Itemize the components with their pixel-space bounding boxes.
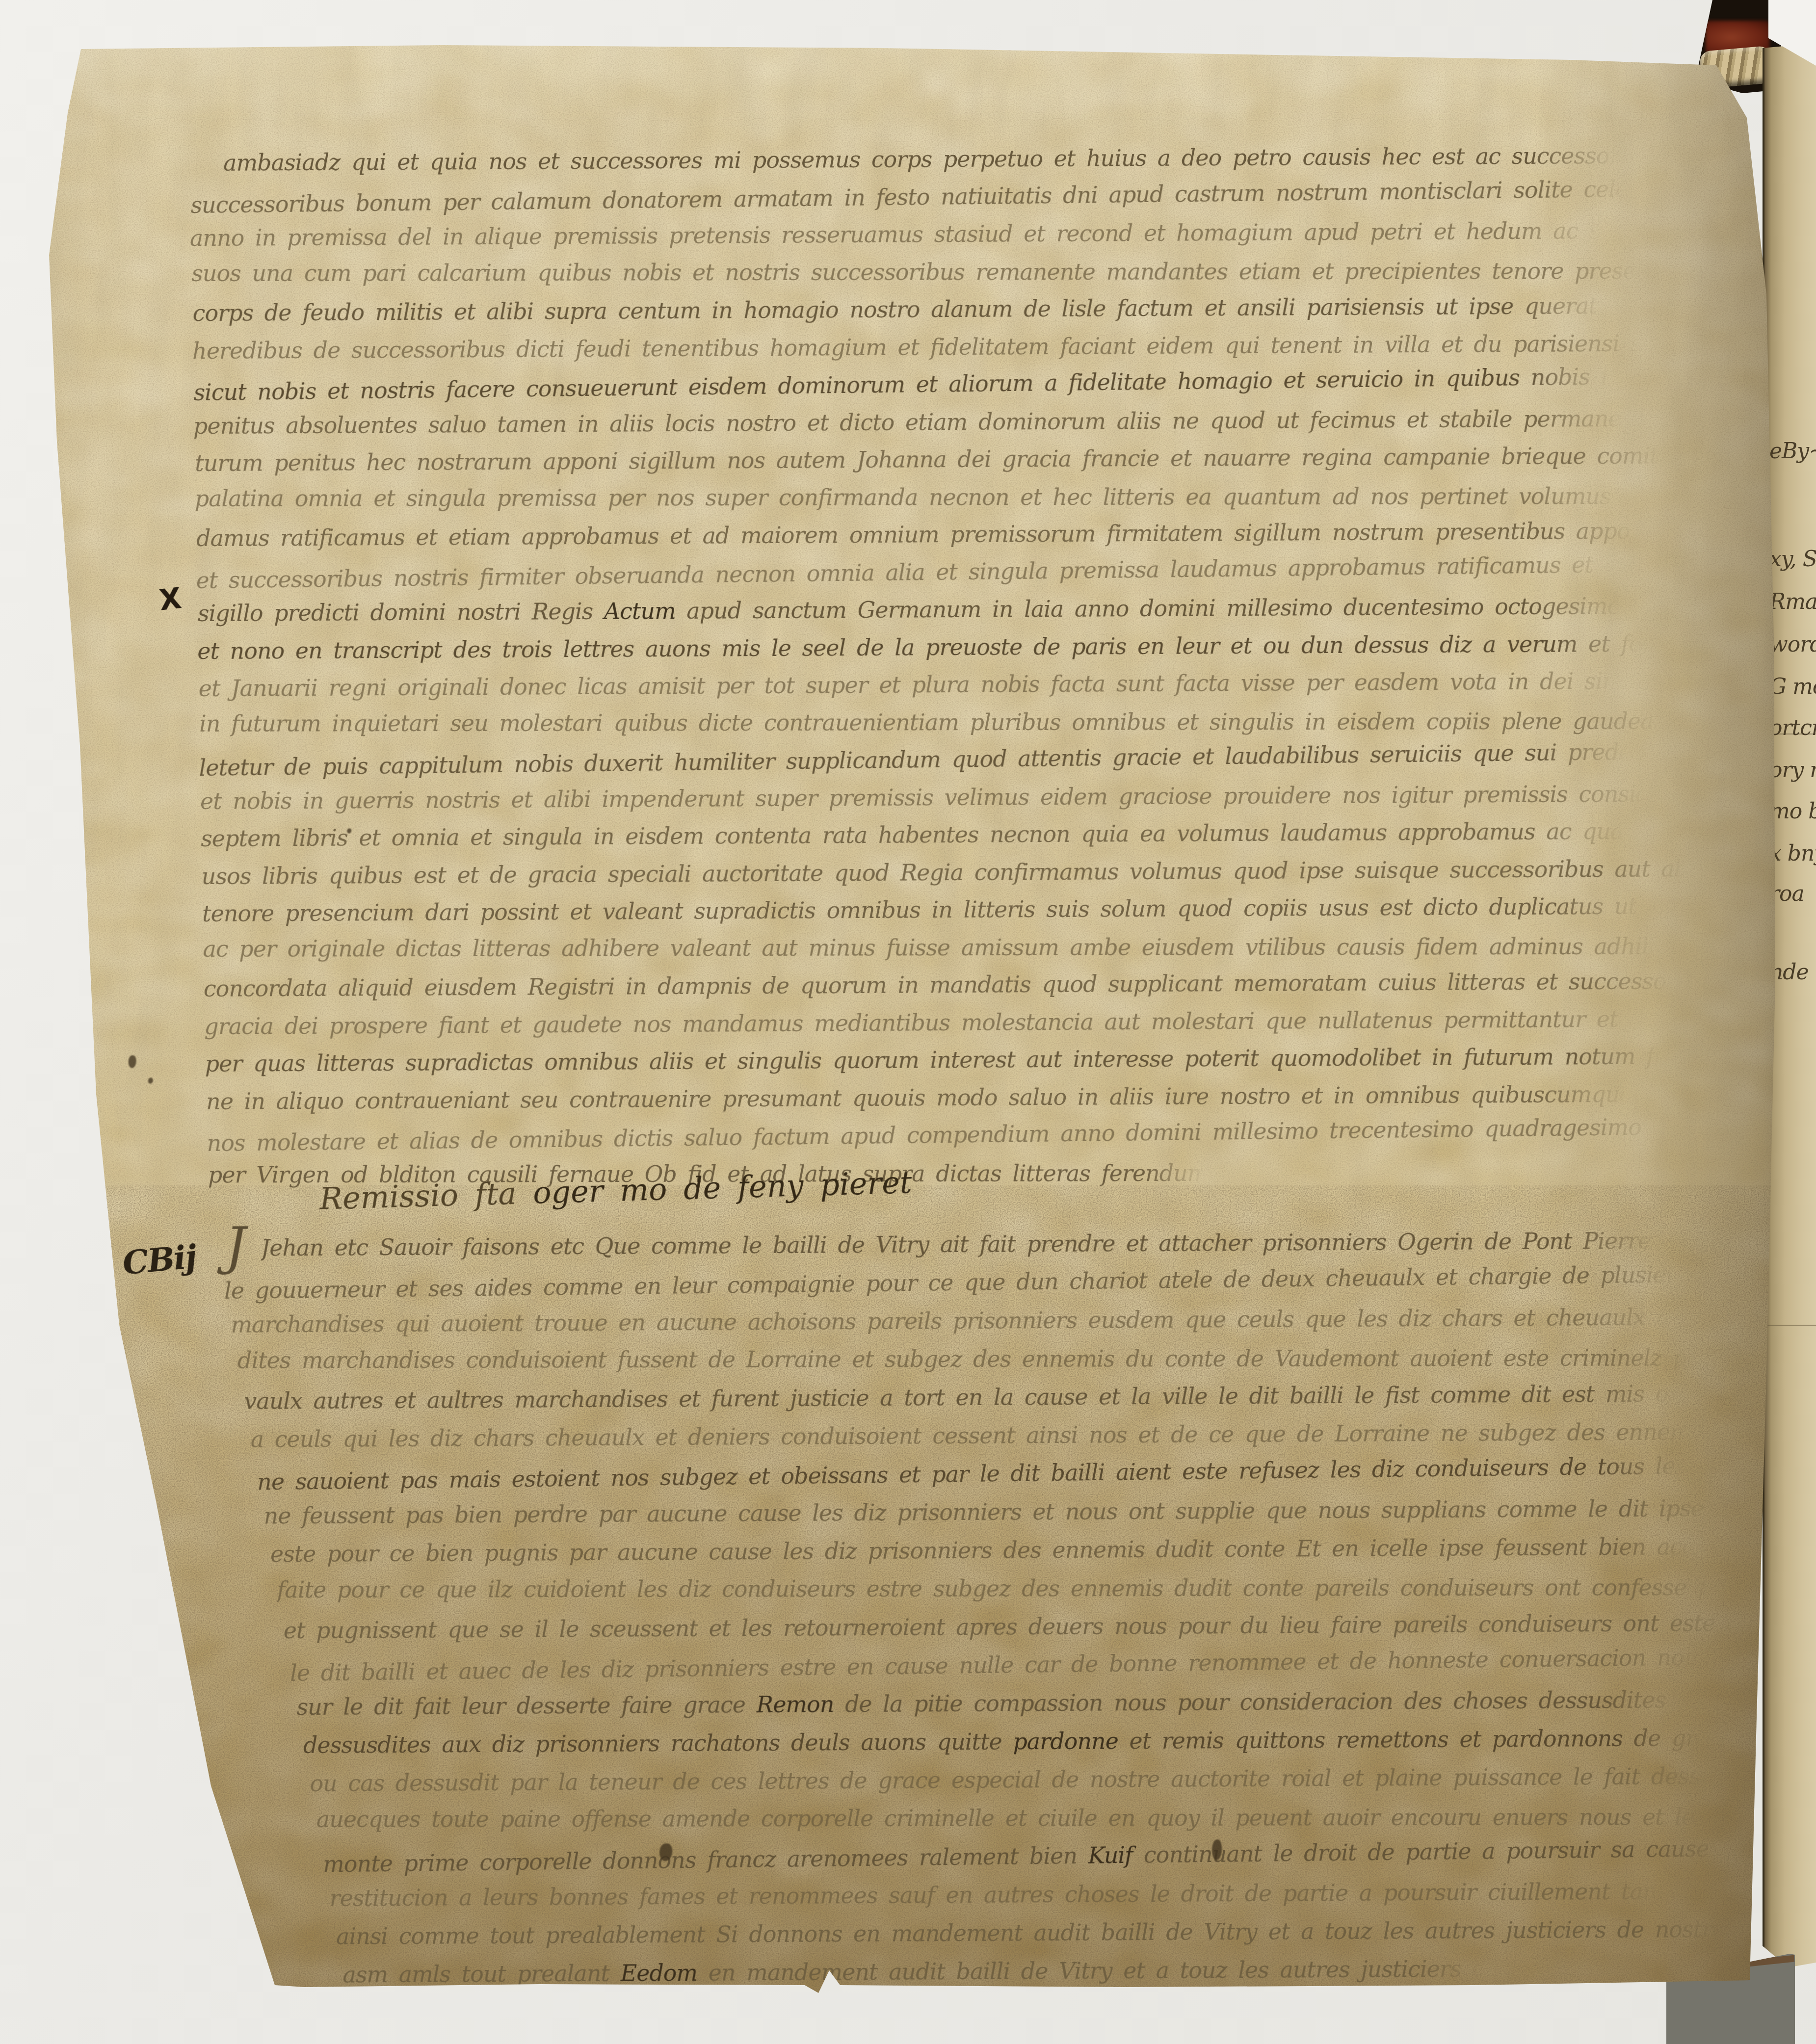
facing-page-text-fragment: xy, S xyxy=(1769,549,1816,570)
text-block: X CBij ambasiadz qui et quia nos et succ… xyxy=(0,0,1816,2044)
text-line: gracia dei prospere fiant et gaudete nos… xyxy=(204,1007,1633,1042)
text-line: le dit bailli et auec de les diz prisonn… xyxy=(290,1645,1699,1689)
text-line: sicut nobis et nostris facere consueueru… xyxy=(193,365,1607,408)
facing-page-text-fragment: Rmac xyxy=(1769,591,1816,613)
text-line: ne feussent pas bien perdre par aucune c… xyxy=(263,1496,1714,1531)
text-line: vaulx autres et aultres marchandises et … xyxy=(244,1382,1673,1416)
folio-number-mark: CBij xyxy=(121,1240,197,1280)
text-line: ou cas dessusdit par la teneur de ces le… xyxy=(310,1764,1709,1799)
text-line: et nobis in guerris nostris et alibi imp… xyxy=(200,782,1645,817)
ink-blot xyxy=(129,1055,136,1068)
text-line: dessusdites aux diz prisonniers rachaton… xyxy=(303,1726,1700,1761)
text-line: usos libris quibus est et de gracia spec… xyxy=(202,857,1684,892)
text-line: concordata aliquid eiusdem Registri in d… xyxy=(204,969,1669,1004)
text-line: per quas litteras supradictas omnibus al… xyxy=(205,1045,1658,1080)
facing-page-text-fragment: mo bx xyxy=(1769,801,1816,822)
text-line: turum penitus hec nostrarum apponi sigil… xyxy=(195,444,1660,479)
text-line: ac per originale dictas litteras adhiber… xyxy=(203,935,1653,965)
text-line: penitus absoluentes saluo tamen in aliis… xyxy=(193,407,1622,442)
text-line: le gouuerneur et ses aides comme en leur… xyxy=(224,1262,1676,1307)
text-line: anno in premissa del in alique premissis… xyxy=(190,219,1597,254)
text-line: sigillo predicti domini nostri Regis Act… xyxy=(198,594,1618,629)
text-line: suos una cum pari calcarium quibus nobis… xyxy=(191,259,1637,289)
text-line: restitucion a leurs bonnes fames et reno… xyxy=(329,1880,1661,1914)
text-line: in futurum inquietari seu molestari quib… xyxy=(199,709,1658,739)
text-line: et nono en transcript des trois lettres … xyxy=(197,632,1638,667)
text-line: et pugnissent que se il le sceussent et … xyxy=(284,1611,1731,1646)
text-line: monte prime corporelle donnons francz ar… xyxy=(323,1836,1722,1880)
text-line: successoribus bonum per calamum donatore… xyxy=(190,177,1622,221)
text-line: nos molestare et alias de omnibus dictis… xyxy=(207,1115,1655,1159)
text-line: ne sauoient pas mais estoient nos subgez… xyxy=(257,1454,1682,1497)
text-line: damus ratificamus et etiam approbamus et… xyxy=(196,519,1633,554)
text-line: auecques toute paine offense amende corp… xyxy=(316,1805,1703,1835)
text-line: ne in aliquo contraueniant seu contrauen… xyxy=(206,1082,1625,1117)
facing-page-text-fragment: ortcn xyxy=(1769,717,1816,739)
text-line: Jehan etc Sauoir faisons etc Que comme l… xyxy=(261,1229,1658,1264)
facing-page-text-fragment: ory r xyxy=(1769,760,1816,781)
facing-page-text-fragment: word xyxy=(1769,634,1816,655)
text-line: heredibus de successoribus dicti feudi t… xyxy=(192,332,1641,367)
facing-page-text-fragment: eBy~ xyxy=(1769,441,1816,462)
parchment-page: X CBij ambasiadz qui et quia nos et succ… xyxy=(0,0,1816,2044)
text-line: palatina omnia et singula premissa per n… xyxy=(195,484,1619,514)
text-line: faite pour ce que ilz cuidoient les diz … xyxy=(277,1575,1712,1605)
text-line: tenore presencium dari possint et valean… xyxy=(202,894,1641,929)
text-line: a ceuls qui les diz chars cheuaulx et de… xyxy=(251,1420,1690,1455)
initial-letter: J xyxy=(225,1221,246,1272)
text-line: et successoribus nostris firmiter obseru… xyxy=(196,552,1610,596)
ink-blot xyxy=(148,1078,153,1084)
crease-rule-line xyxy=(1763,1325,1816,1326)
text-line: corps de feudo militis et alibi supra ce… xyxy=(193,294,1602,329)
text-line: ambasiadz qui et quia nos et successores… xyxy=(223,144,1615,179)
text-line: este pour ce bien pugnis par aucune caus… xyxy=(270,1535,1692,1570)
text-line: dites marchandises conduisoient fussent … xyxy=(237,1346,1692,1376)
facing-page-text-fragment: x bny xyxy=(1769,843,1816,865)
facing-page-text-fragment: G mc xyxy=(1769,676,1816,698)
text-line: et Januarii regni originali donec licas … xyxy=(199,669,1615,704)
text-line: sur le dit fait leur desserte faire grac… xyxy=(296,1688,1679,1723)
text-line: marchandises qui auoient trouue en aucun… xyxy=(231,1305,1669,1340)
marginal-x-mark: X xyxy=(158,584,183,615)
manuscript-photograph: eBy~xy, SRmacwordG mcortcnory rmo bxx bn… xyxy=(0,0,1816,2044)
text-line: letetur de puis cappitulum nobis duxerit… xyxy=(199,740,1625,784)
text-line: septem libris et omnia et singula in eis… xyxy=(201,819,1622,854)
text-line: ainsi comme tout prealablement Si donnon… xyxy=(336,1917,1721,1952)
